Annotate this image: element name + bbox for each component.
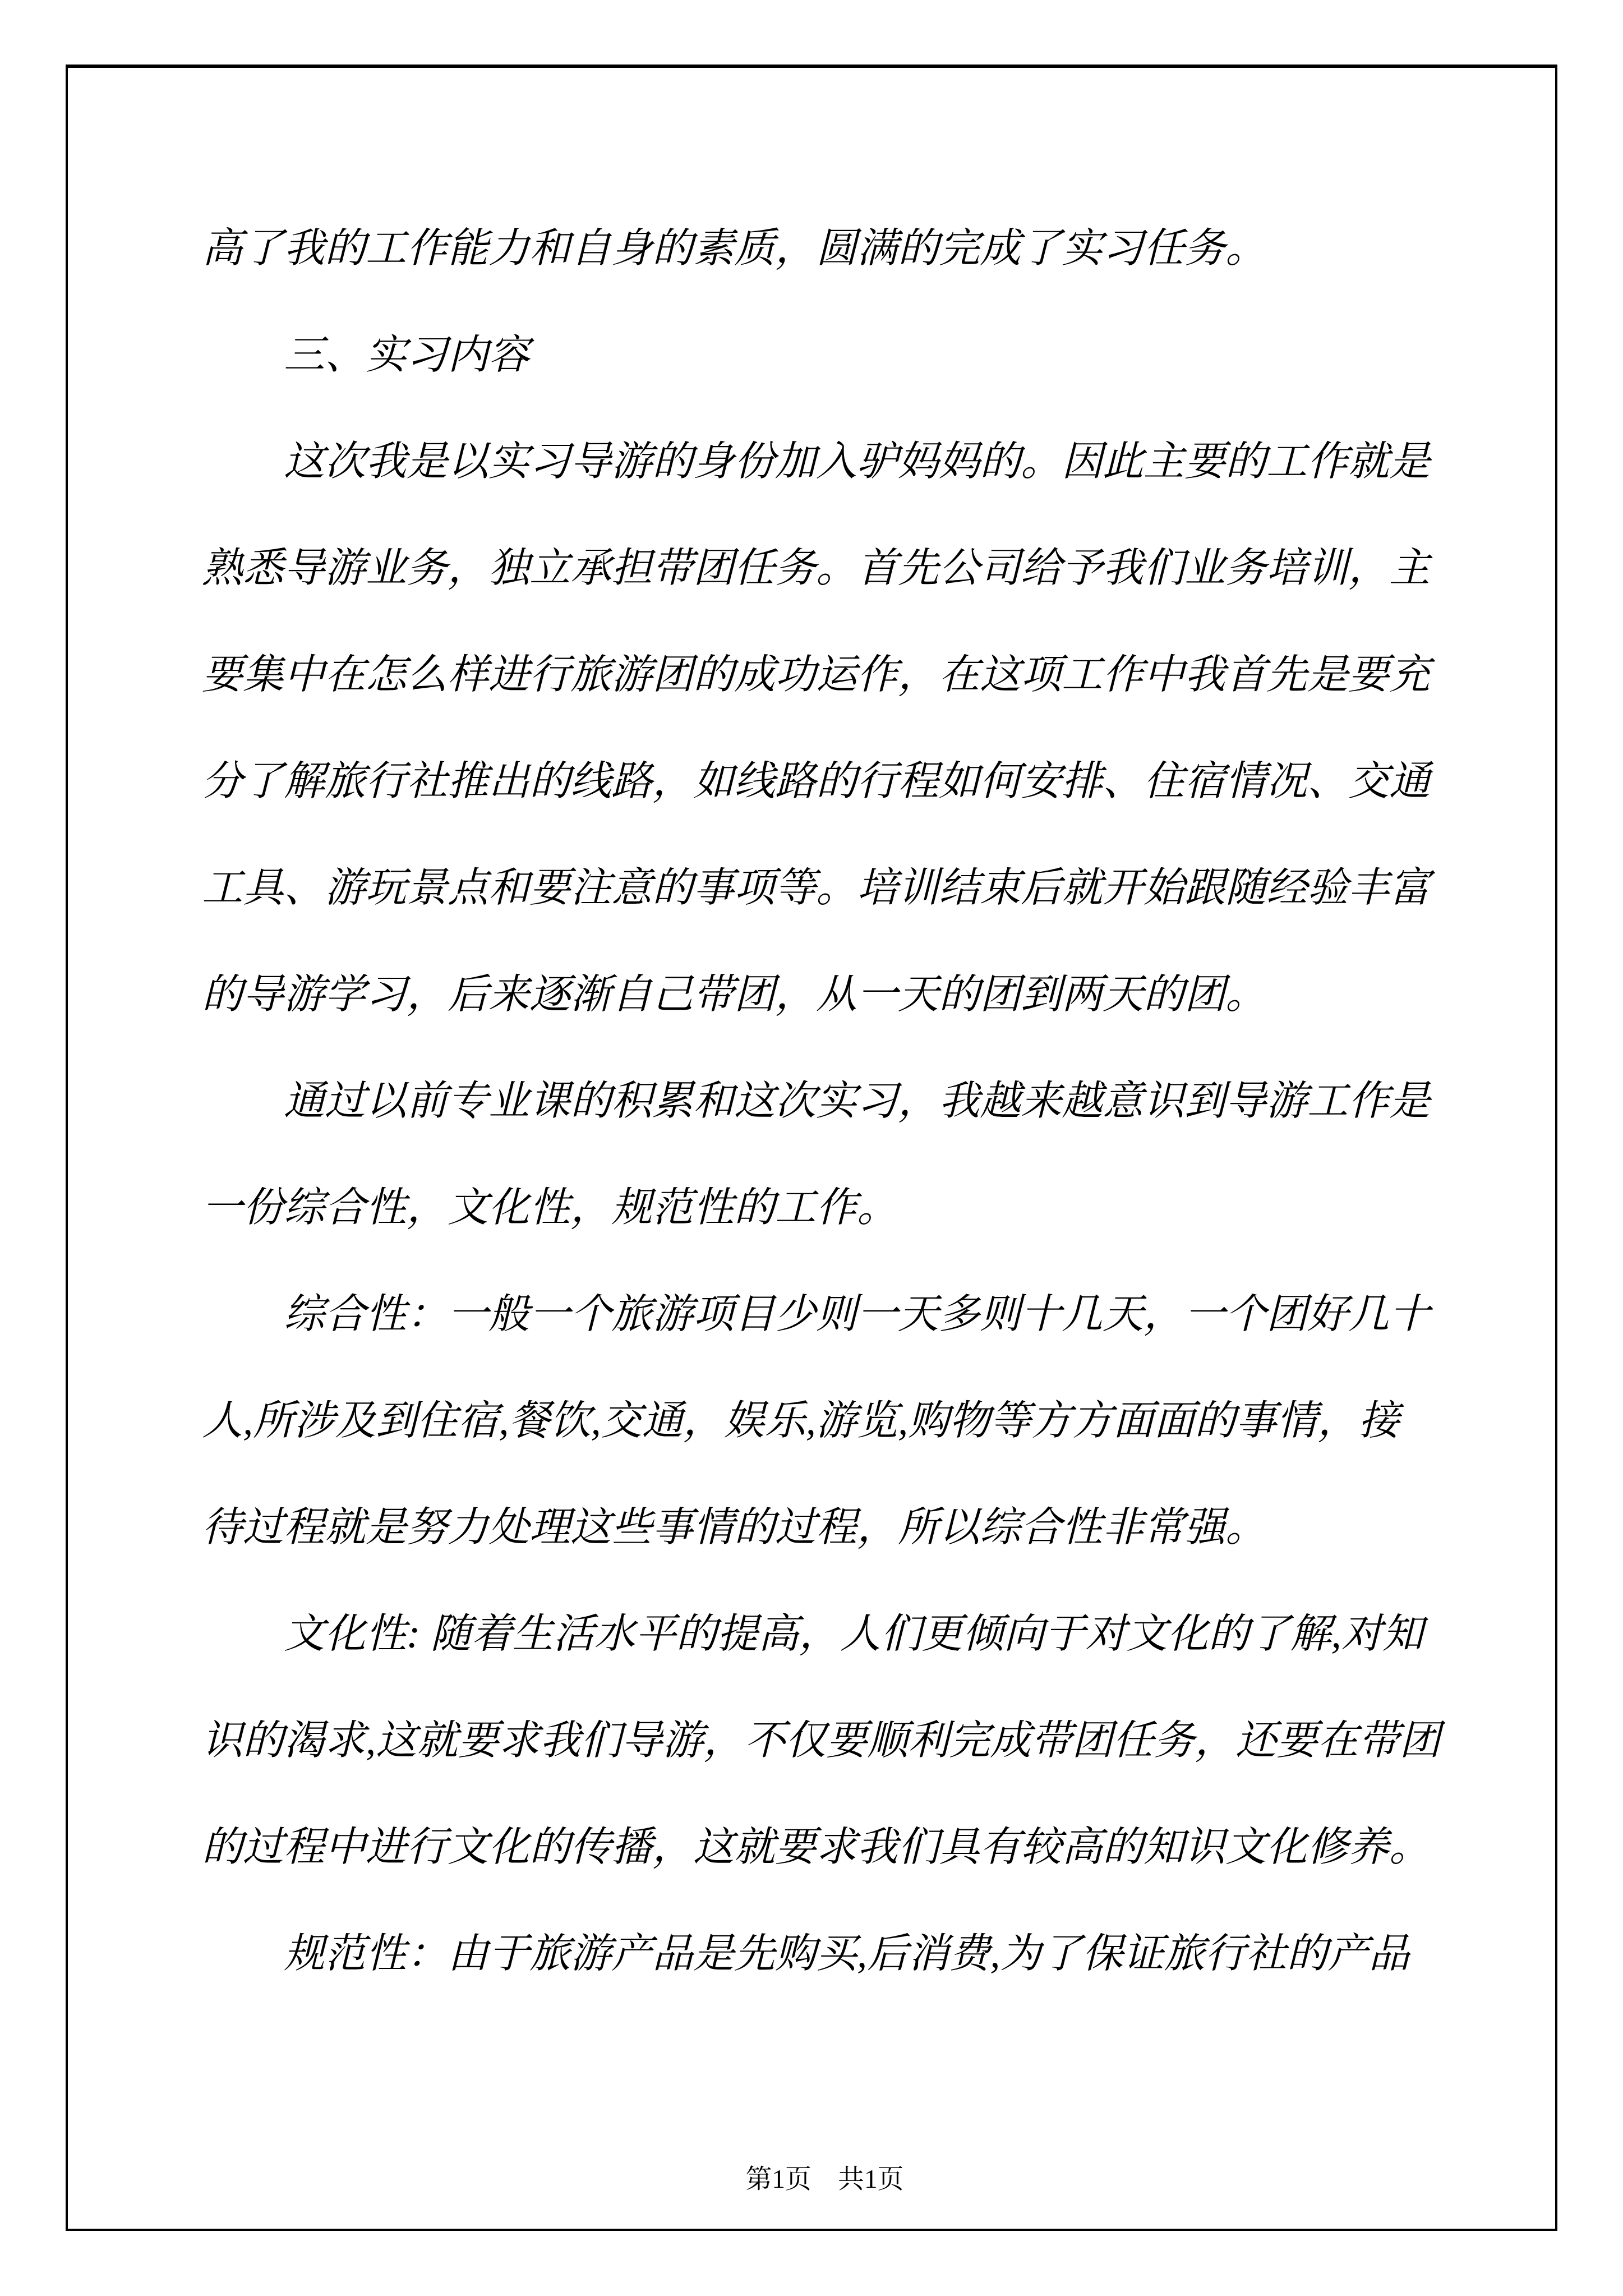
body-text-line: 规范性：由于旅游产品是先购买,后消费,为了保证旅行社的产品: [202, 1901, 1426, 2007]
body-text-line: 分了解旅行社推出的线路，如线路的行程如何安排、住宿情况、交通: [202, 728, 1426, 835]
body-text-line: 一份综合性，文化性，规范性的工作。: [202, 1154, 1426, 1261]
body-text-line: 三、实习内容: [202, 302, 1426, 408]
body-text-line: 的过程中进行文化的传播，这就要求我们具有较高的知识文化修养。: [202, 1794, 1426, 1901]
body-text-line: 人,所涉及到住宿,餐饮,交通，娱乐,游览,购物等方方面面的事情，接: [202, 1368, 1426, 1474]
body-text-line: 文化性: 随着生活水平的提高，人们更倾向于对文化的了解,对知: [202, 1581, 1426, 1687]
page-footer: 第1页 共1页: [0, 2129, 1623, 2230]
document-page: 高了我的工作能力和自身的素质，圆满的完成了实习任务。三、实习内容这次我是以实习导…: [0, 0, 1623, 2296]
body-text-line: 熟悉导游业务，独立承担带团任务。首先公司给予我们业务培训，主: [202, 515, 1426, 622]
body-text-line: 通过以前专业课的积累和这次实习，我越来越意识到导游工作是: [202, 1048, 1426, 1154]
body-text-line: 工具、游玩景点和要注意的事项等。培训结束后就开始跟随经验丰富: [202, 835, 1426, 941]
body-text-line: 要集中在怎么样进行旅游团的成功运作，在这项工作中我首先是要充: [202, 622, 1426, 728]
body-text-line: 待过程就是努力处理这些事情的过程，所以综合性非常强。: [202, 1474, 1426, 1581]
body-text-block: 高了我的工作能力和自身的素质，圆满的完成了实习任务。三、实习内容这次我是以实习导…: [202, 195, 1426, 2007]
body-text-line: 的导游学习，后来逐渐自己带团，从一天的团到两天的团。: [202, 941, 1426, 1048]
body-text-line: 这次我是以实习导游的身份加入驴妈妈的。因此主要的工作就是: [202, 408, 1426, 515]
body-text-line: 识的渴求,这就要求我们导游，不仅要顺利完成带团任务，还要在带团: [202, 1687, 1426, 1794]
body-text-line: 高了我的工作能力和自身的素质，圆满的完成了实习任务。: [202, 195, 1426, 302]
body-text-line: 综合性：一般一个旅游项目少则一天多则十几天，一个团好几十: [202, 1261, 1426, 1368]
page-number-label: 第1页 共1页: [746, 2165, 904, 2194]
